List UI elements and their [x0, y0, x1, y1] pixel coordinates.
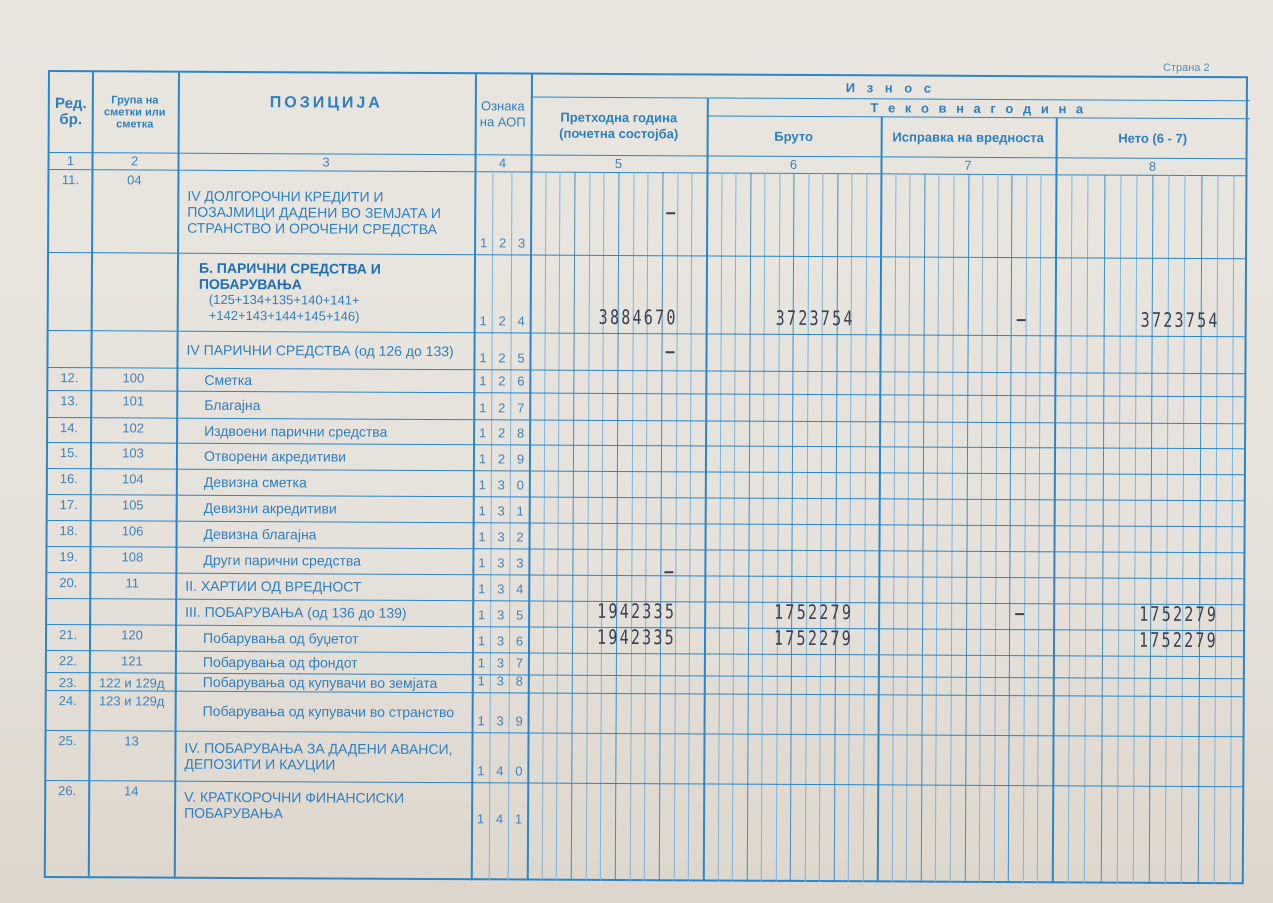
- grid-line: [615, 172, 620, 881]
- aop-digit: 1: [476, 313, 491, 328]
- position-text: III. ПОБАРУВАЊА (од 136 до 139): [175, 599, 472, 627]
- aop-digit: 2: [494, 350, 509, 365]
- grid-line: [994, 174, 999, 883]
- aop-digit: 1: [474, 581, 489, 596]
- position-text: Девизна сметка: [176, 469, 473, 497]
- aop-digit: 3: [493, 581, 508, 596]
- page-number-label: Страна 2: [1163, 62, 1210, 74]
- position-text: Благајна: [176, 391, 473, 420]
- grid-line: [965, 174, 970, 883]
- handwritten-gross-value[interactable]: 1752279: [774, 600, 853, 624]
- position-label: II. ХАРТИИ ОД ВРЕДНОСТ: [185, 578, 361, 595]
- aop-digit: 2: [494, 400, 509, 415]
- grid-line: [1101, 175, 1106, 884]
- account-group: [91, 252, 177, 330]
- row-number: 12.: [48, 367, 90, 390]
- header-amount-label: И з н о с: [846, 80, 935, 95]
- aop-digit: 9: [513, 451, 528, 466]
- grid-line: [1068, 174, 1073, 883]
- row-number: 14.: [48, 417, 90, 442]
- handwritten-prev-value[interactable]: 3884670: [599, 305, 678, 329]
- account-group: 108: [89, 546, 175, 572]
- aop-digit: 4: [512, 581, 527, 596]
- row-number: [49, 252, 91, 330]
- grid-line: [863, 173, 868, 882]
- account-group: 121: [89, 650, 175, 672]
- aop-digit: 1: [474, 607, 489, 622]
- grid-line: [600, 172, 605, 881]
- aop-digit: 3: [493, 713, 508, 728]
- aop-digit: 5: [512, 607, 527, 622]
- aop-digit: 1: [475, 477, 490, 492]
- empty-value-dash: [1017, 319, 1026, 321]
- aop-digit: 1: [473, 811, 488, 826]
- account-group: 106: [90, 520, 176, 546]
- header-row-number: Ред. бр.: [50, 72, 92, 152]
- aop-digit: 1: [475, 373, 490, 388]
- position-text: Девизна благајна: [176, 521, 473, 549]
- position-label: III. ПОБАРУВАЊА (од 136 до 139): [185, 604, 407, 621]
- header-aop: Ознака на АОП: [475, 74, 531, 154]
- aop-digit: 8: [513, 425, 528, 440]
- account-group: 120: [89, 624, 175, 650]
- grid-line: [1181, 175, 1186, 884]
- grid-line: [644, 172, 649, 881]
- position-label: Девизни акредитиви: [204, 500, 337, 517]
- col-number-2: 2: [91, 152, 177, 169]
- grid-line: [892, 173, 897, 882]
- position-text: Девизни акредитиви: [176, 495, 473, 523]
- grid-line: [674, 172, 679, 881]
- handwritten-gross-value[interactable]: 3723754: [776, 306, 855, 330]
- grid-line: [1023, 174, 1028, 883]
- grid-line: [921, 174, 926, 883]
- handwritten-net-value[interactable]: 1752279: [1139, 628, 1218, 652]
- aop-digit: 0: [511, 763, 526, 778]
- grid-line: [688, 172, 693, 881]
- position-label: Побарувања од буџетот: [203, 630, 359, 647]
- grid-line: [1198, 175, 1203, 884]
- account-group: 102: [90, 417, 176, 442]
- row-number: 22.: [47, 650, 89, 672]
- row-number: 13.: [48, 390, 90, 417]
- empty-value-dash: [666, 351, 675, 353]
- position-label: Побарувања од фондот: [203, 654, 358, 671]
- header-account-group-label: Група на сметки или сметка: [92, 94, 178, 130]
- account-group: [89, 598, 175, 624]
- aop-digit: 3: [493, 673, 508, 688]
- handwritten-prev-value[interactable]: 1942335: [597, 625, 676, 649]
- row-number: 23.: [47, 672, 89, 690]
- row-number: 20.: [47, 572, 89, 598]
- position-text: Издвоени парични средства: [176, 418, 473, 445]
- header-aop-label: Ознака на АОП: [475, 98, 531, 130]
- aop-digit: 7: [513, 400, 528, 415]
- header-adjustment-label: Исправка на вредноста: [892, 129, 1044, 145]
- position-text: II. ХАРТИИ ОД ВРЕДНОСТ: [175, 573, 472, 601]
- account-group: 14: [88, 780, 174, 828]
- header-previous-year-label: Претходна година (почетна состојба): [531, 110, 707, 143]
- aop-digit: 1: [475, 451, 490, 466]
- position-text: V. КРАТКОРОЧНИ ФИНАНСИСКИ ПОБАРУВАЊА: [174, 781, 471, 831]
- aop-digit: 3: [512, 555, 527, 570]
- header-gross: Бруто: [707, 115, 881, 156]
- aop-digit: 1: [474, 555, 489, 570]
- grid-line: [1117, 175, 1122, 884]
- row-number: 17.: [48, 494, 90, 520]
- grid-line: [819, 173, 824, 882]
- account-group: [90, 330, 176, 367]
- position-text: Побарувања од купувачи во земјата: [175, 673, 472, 693]
- row-number: 19.: [47, 546, 89, 572]
- aop-digit: 1: [475, 529, 490, 544]
- row-number: 15.: [48, 442, 90, 468]
- grid-line: [790, 173, 795, 882]
- header-gross-label: Бруто: [774, 128, 813, 143]
- grid-line: [556, 172, 561, 881]
- position-text: Побарувања од буџетот: [175, 625, 472, 653]
- aop-digit: 1: [474, 673, 489, 688]
- position-text: Сметка: [176, 368, 473, 393]
- aop-digit: 2: [513, 529, 528, 544]
- grid-line: [630, 172, 635, 881]
- header-account-group: Група на сметки или сметка: [92, 72, 178, 152]
- grid-line: [1165, 175, 1170, 884]
- row-number: 18.: [48, 520, 90, 546]
- handwritten-prev-value[interactable]: 1942335: [597, 599, 676, 623]
- empty-value-dash: [664, 571, 673, 573]
- row-number: 16.: [48, 468, 90, 494]
- grid-line: [979, 174, 984, 883]
- position-label: Девизна благајна: [204, 526, 317, 543]
- grid-line: [586, 172, 591, 881]
- account-group: 105: [90, 494, 176, 520]
- position-label: V. КРАТКОРОЧНИ ФИНАНСИСКИ ПОБАРУВАЊА: [184, 789, 463, 822]
- aop-digit: 3: [494, 529, 509, 544]
- position-label: IV ДОЛГОРОЧНИ КРЕДИТИ И ПОЗАЈМИЦИ ДАДЕНИ…: [187, 187, 466, 236]
- aop-digit: 2: [494, 451, 509, 466]
- account-group: 04: [91, 169, 177, 252]
- grid-line: [1037, 174, 1042, 883]
- grid-line: [703, 97, 709, 881]
- empty-value-dash: [666, 212, 675, 214]
- aop-digit: 6: [513, 373, 528, 388]
- aop-digit: 5: [513, 350, 528, 365]
- aop-digit: 4: [492, 763, 507, 778]
- aop-digit: 4: [492, 811, 507, 826]
- account-group: 101: [90, 390, 176, 417]
- balance-sheet-form: Ред. бр. Група на сметки или сметка ПОЗИ…: [44, 70, 1248, 884]
- position-text: IV ДОЛГОРОЧНИ КРЕДИТИ И ПОЗАЈМИЦИ ДАДЕНИ…: [177, 170, 474, 255]
- empty-value-dash: [1015, 613, 1024, 615]
- position-text: Отворени акредитиви: [176, 443, 473, 471]
- aop-digit: 1: [474, 633, 489, 648]
- aop-digit: 2: [495, 313, 510, 328]
- aop-digit: 3: [493, 607, 508, 622]
- grid-line: [761, 173, 766, 882]
- row-number: 26.: [46, 780, 88, 828]
- col-number-7: 7: [880, 156, 1055, 174]
- row-number: [48, 330, 90, 367]
- header-row-number-label: Ред. бр.: [50, 96, 92, 128]
- col-number-5: 5: [530, 155, 706, 173]
- account-group: 13: [88, 730, 174, 780]
- header-previous-year: Претходна година (почетна состојба): [531, 97, 707, 156]
- grid-line: [1149, 175, 1154, 884]
- account-group: 122 и 129д: [89, 672, 175, 690]
- aop-digit: 0: [513, 477, 528, 492]
- position-text: Б. ПАРИЧНИ СРЕДСТВА И ПОБАРУВАЊА(125+134…: [177, 253, 474, 333]
- aop-digit: 3: [493, 655, 508, 670]
- grid-line: [571, 172, 576, 881]
- account-group: 11: [89, 572, 175, 598]
- position-label: Сметка: [204, 371, 252, 387]
- aop-digit: 7: [512, 655, 527, 670]
- position-text: Побарувања од купувачи во странство: [175, 691, 472, 733]
- header-current-year-label: Т е к о в н а г о д и н а: [870, 100, 1086, 116]
- grid-line: [659, 172, 664, 881]
- position-label: Издвоени парични средства: [204, 422, 387, 439]
- aop-digit: 1: [513, 503, 528, 518]
- row-number: 21.: [47, 624, 89, 650]
- position-text: Побарувања од фондот: [175, 651, 472, 675]
- aop-digit: 4: [514, 313, 529, 328]
- position-formula: (125+134+135+140+141+ +142+143+144+145+1…: [187, 292, 399, 325]
- col-number-8: 8: [1055, 157, 1249, 175]
- position-label: Побарувања од купувачи во земјата: [203, 674, 438, 691]
- grid-line: [718, 173, 723, 882]
- grid-line: [747, 173, 752, 882]
- grid-line: [935, 174, 940, 883]
- position-text: Други парични средства: [175, 547, 472, 575]
- aop-digit: 9: [512, 713, 527, 728]
- aop-digit: 3: [493, 633, 508, 648]
- col-number-3: 3: [177, 153, 474, 172]
- row-number: 24.: [47, 690, 89, 730]
- aop-digit: 1: [475, 425, 490, 440]
- header-net-label: Нето (6 - 7): [1118, 130, 1187, 145]
- row-number: [47, 598, 89, 624]
- col-number-1: 1: [49, 152, 91, 169]
- position-text: IV ПАРИЧНИ СРЕДСТВА (од 126 до 133): [176, 331, 473, 370]
- account-group: 100: [90, 367, 176, 390]
- aop-digit: 1: [511, 811, 526, 826]
- position-label: Отворени акредитиви: [204, 448, 346, 465]
- grid-line: [950, 174, 955, 883]
- account-group: 103: [90, 442, 176, 468]
- aop-digit: 2: [494, 425, 509, 440]
- aop-digit: 2: [494, 373, 509, 388]
- header-position: ПОЗИЦИЈА: [178, 73, 475, 135]
- grid-line: [1008, 174, 1013, 883]
- grid-line: [1230, 175, 1235, 884]
- grid-line: [805, 173, 810, 882]
- col-number-6: 6: [706, 155, 880, 173]
- aop-digit: 3: [494, 477, 509, 492]
- position-label: Девизна сметка: [204, 474, 307, 491]
- position-label: Други парични средства: [203, 552, 361, 569]
- account-group: 123 и 129д: [89, 690, 175, 730]
- col-number-4: 4: [474, 154, 530, 171]
- row-number: 11.: [49, 169, 91, 252]
- handwritten-net-value[interactable]: 1752279: [1139, 602, 1218, 626]
- grid-line: [834, 173, 839, 882]
- aop-digit: 2: [495, 235, 510, 250]
- aop-digit: 3: [493, 555, 508, 570]
- position-label: Благајна: [204, 396, 260, 412]
- position-label: Побарувања од купувачи во странство: [203, 703, 454, 720]
- position-label: IV. ПОБАРУВАЊА ЗА ДАДЕНИ АВАНСИ, ДЕПОЗИТ…: [184, 740, 463, 773]
- header-position-label: ПОЗИЦИЈА: [270, 94, 383, 113]
- header-adjustment: Исправка на вредноста: [881, 116, 1056, 157]
- position-text: IV. ПОБАРУВАЊА ЗА ДАДЕНИ АВАНСИ, ДЕПОЗИТ…: [174, 731, 471, 783]
- aop-digit: 1: [475, 400, 490, 415]
- handwritten-net-value[interactable]: 3723754: [1141, 308, 1220, 332]
- aop-digit: 1: [474, 713, 489, 728]
- aop-digit: 6: [512, 633, 527, 648]
- grid-line: [906, 174, 911, 883]
- position-label: Б. ПАРИЧНИ СРЕДСТВА И ПОБАРУВАЊА: [187, 260, 399, 293]
- aop-digit: 1: [473, 763, 488, 778]
- grid-line: [1133, 175, 1138, 884]
- grid-line: [1084, 174, 1089, 883]
- position-label: IV ПАРИЧНИ СРЕДСТВА (од 126 до 133): [186, 341, 453, 358]
- aop-digit: 1: [475, 503, 490, 518]
- grid-line: [1214, 175, 1219, 884]
- grid-line: [732, 173, 737, 882]
- aop-digit: 1: [476, 235, 491, 250]
- aop-digit: 1: [474, 655, 489, 670]
- handwritten-gross-value[interactable]: 1752279: [774, 626, 853, 650]
- account-group: 104: [90, 468, 176, 494]
- aop-digit: 1: [475, 350, 490, 365]
- grid-line: [848, 173, 853, 882]
- header-net: Нето (6 - 7): [1056, 117, 1250, 158]
- aop-digit: 3: [514, 235, 529, 250]
- aop-digit: 8: [512, 673, 527, 688]
- grid-line: [542, 172, 547, 881]
- row-number: 25.: [46, 730, 88, 780]
- grid-line: [776, 173, 781, 882]
- aop-digit: 3: [494, 503, 509, 518]
